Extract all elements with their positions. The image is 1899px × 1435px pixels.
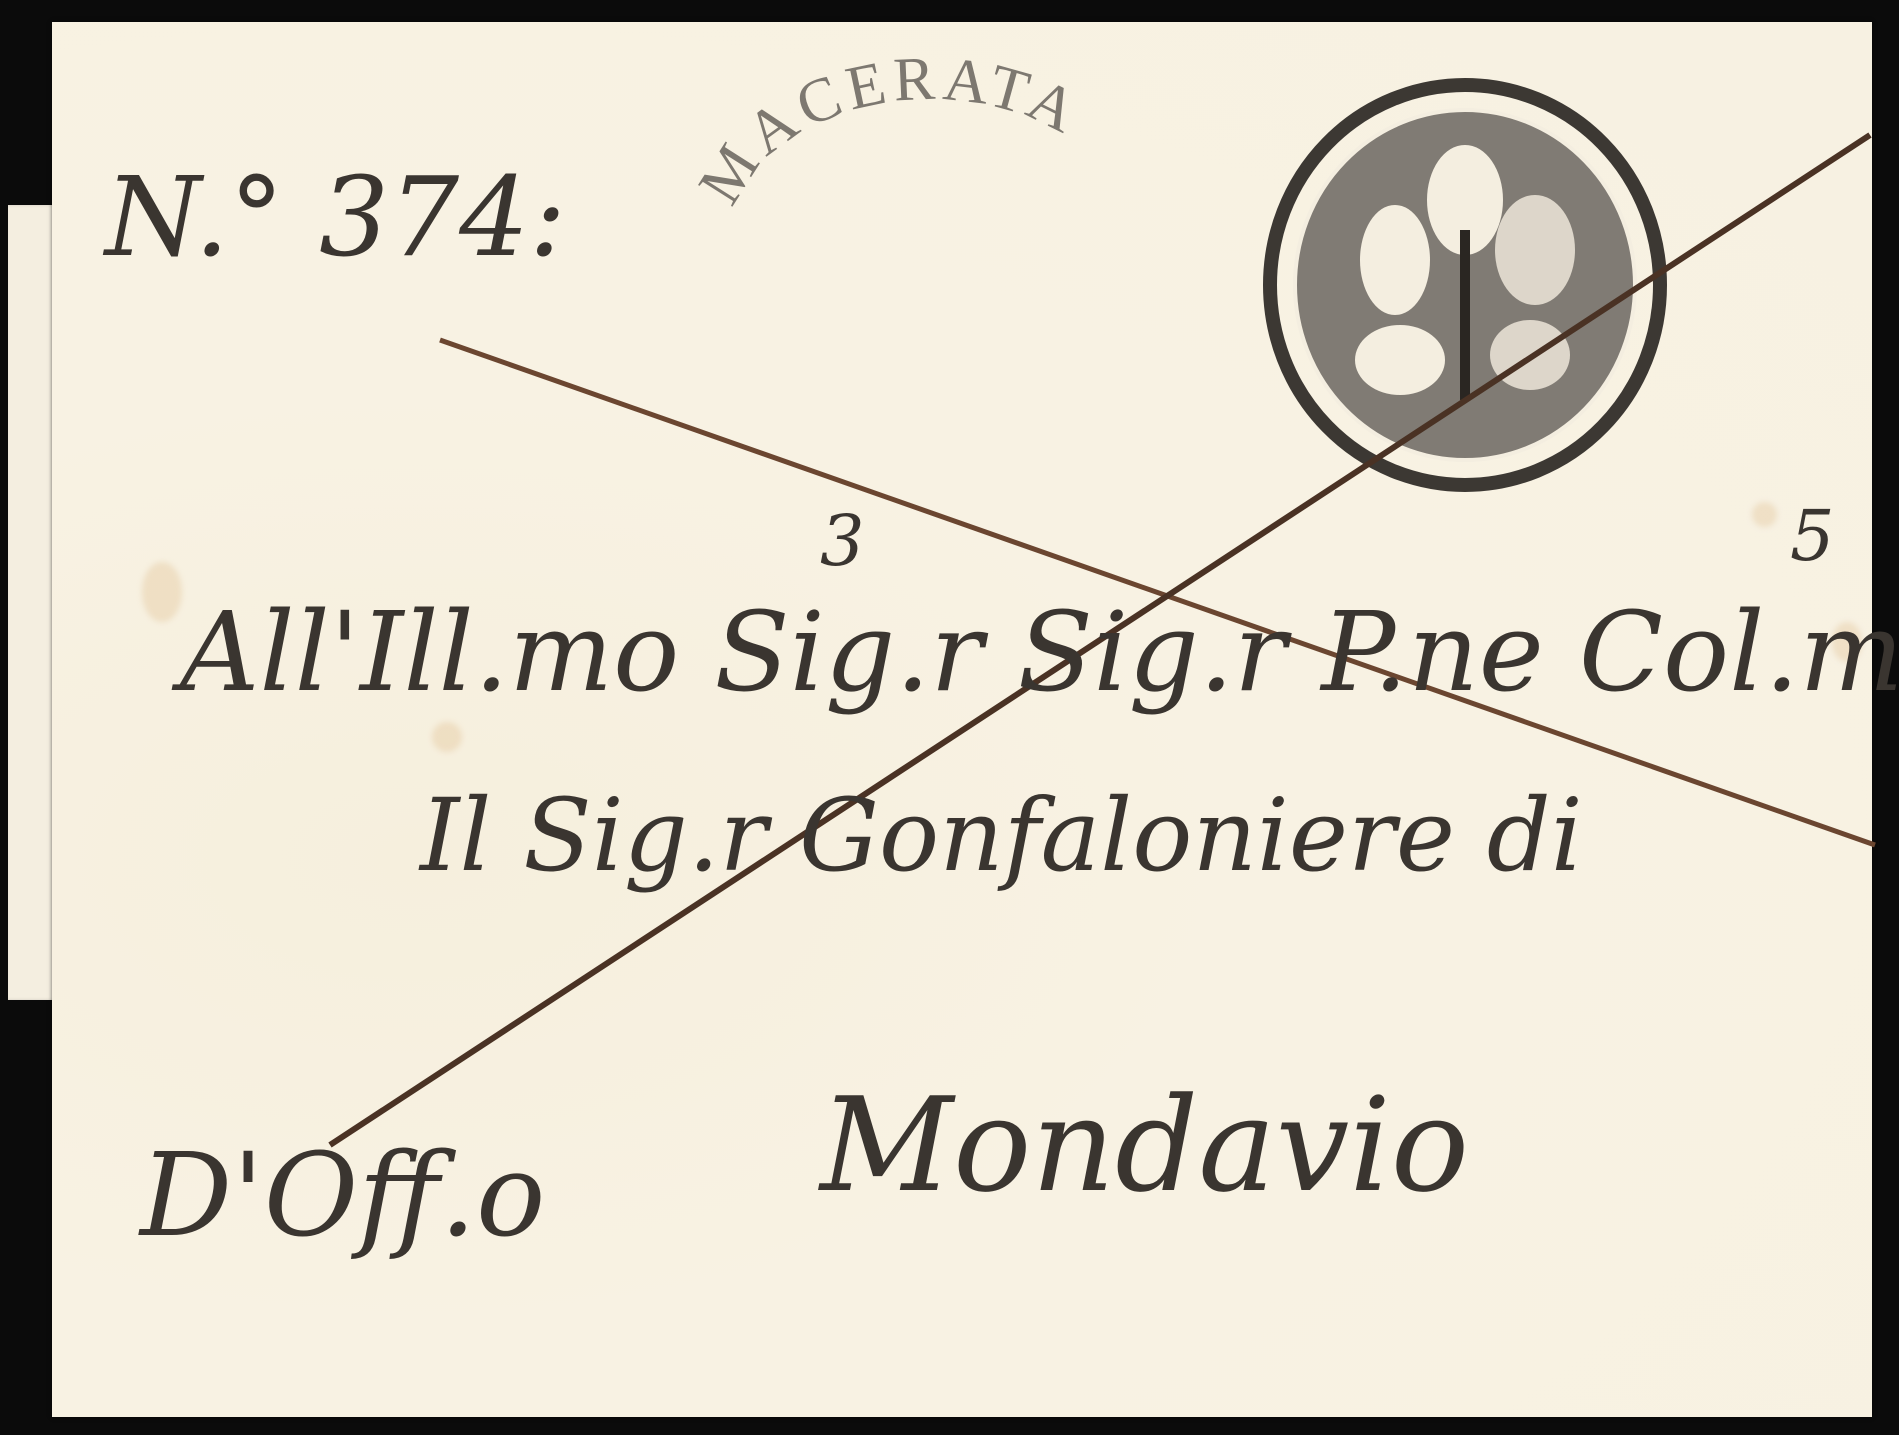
rate-mark-5: 5 bbox=[1790, 495, 1835, 577]
service-note: D'Off.o bbox=[138, 1129, 545, 1263]
seal-stamp bbox=[1270, 85, 1660, 485]
rate-mark-3: 3 bbox=[820, 500, 865, 582]
address-line-2: Il Sig.r Gonfaloniere di bbox=[418, 777, 1583, 894]
address-line-1: All'Ill.mo Sig.r Sig.r P.ne Col.mo bbox=[171, 588, 1899, 716]
postmark-arc: MACERATA bbox=[686, 45, 1093, 216]
address-line-3: Mondavio bbox=[818, 1069, 1469, 1221]
letter-markings: N.° 374: MACERATA All'Ill.mo Sig.r Sig.r… bbox=[0, 0, 1899, 1435]
reference-number: N.° 374: bbox=[102, 153, 566, 281]
